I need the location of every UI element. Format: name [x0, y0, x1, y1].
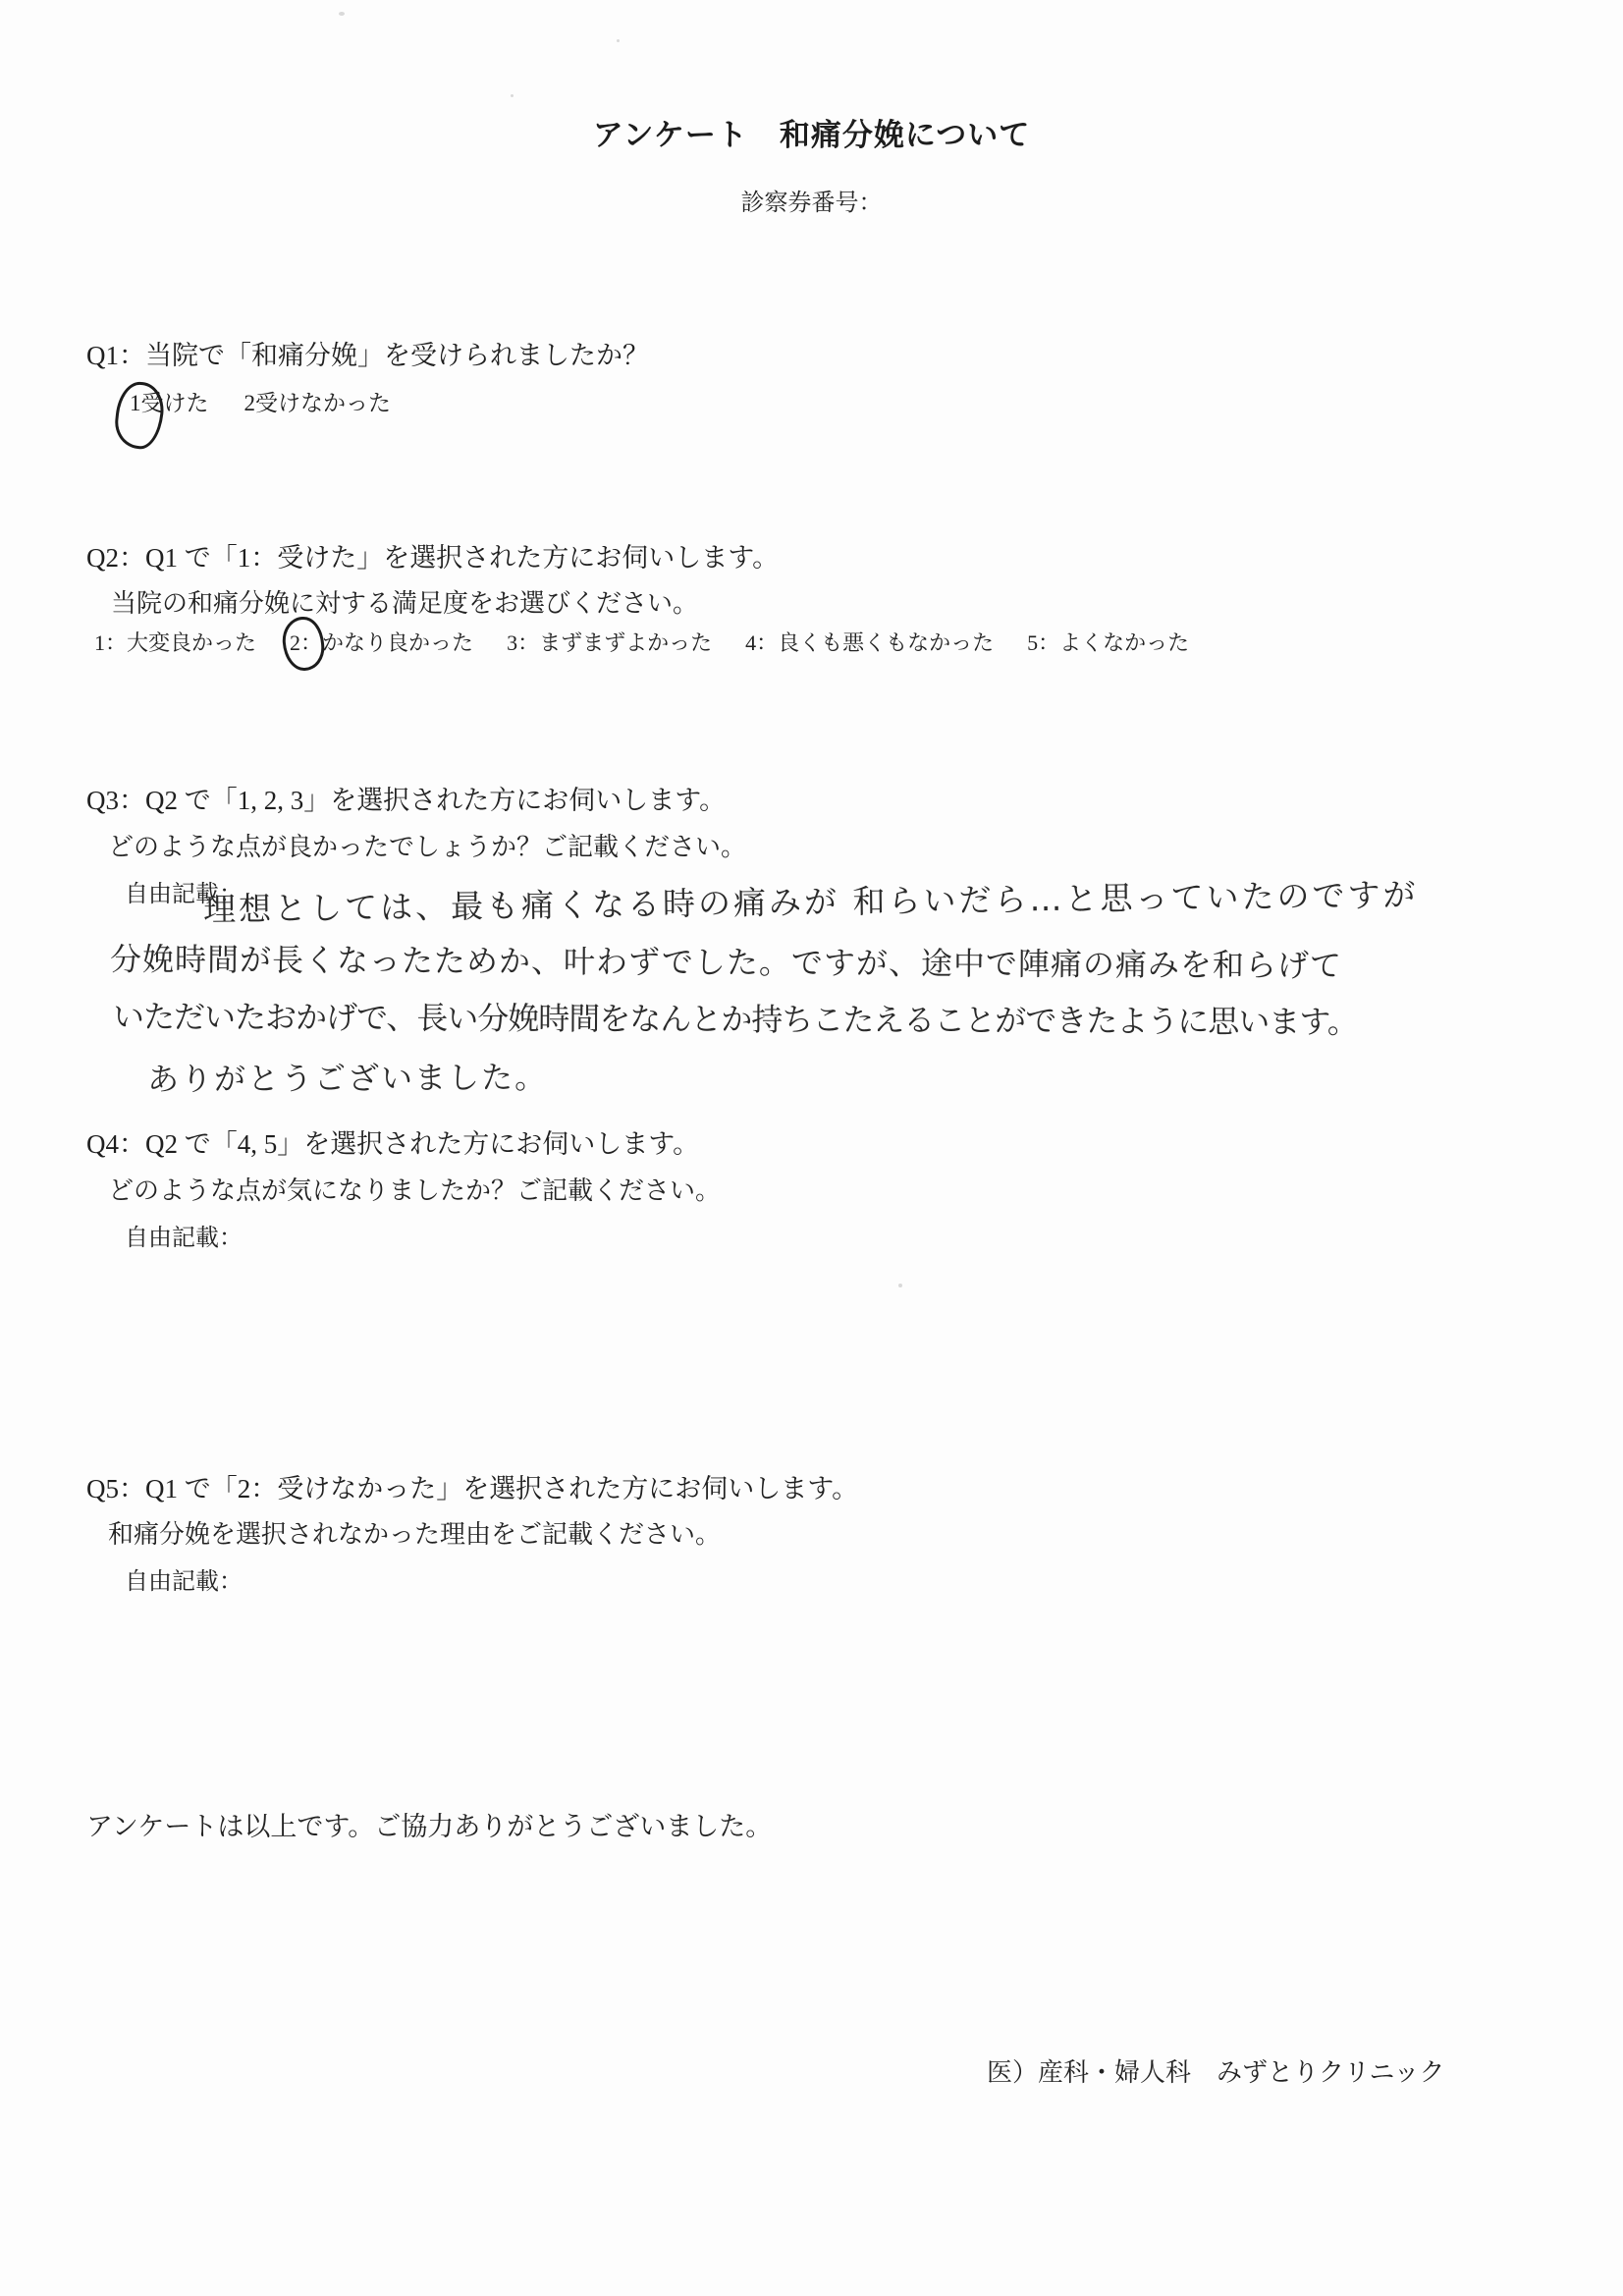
q2-option-label: まずまずよかった — [539, 627, 712, 657]
clinic-name: 医）産科・婦人科 みずとりクリニック — [987, 2052, 1444, 2089]
q2-option-3: 3：まずまずよかった — [507, 627, 712, 657]
q3-prompt: Q3：Q2 で「1, 2, 3」を選択された方にお伺いします。 — [86, 779, 726, 817]
q1-option-num: 2 — [244, 391, 256, 416]
q4-free-entry-label: 自由記載： — [125, 1218, 243, 1252]
q2-option-label: かなり良かった — [322, 627, 473, 657]
q1-option-label: 受けなかった — [255, 385, 391, 417]
scan-artifact — [617, 39, 620, 42]
closing-text: アンケートは以上です。ご協力ありがとうございました。 — [86, 1805, 772, 1843]
q2-option-label: 大変良かった — [127, 627, 256, 657]
scanned-survey-document: アンケート 和痛分娩について 診察券番号： Q1：当院で「和痛分娩」を受けられま… — [0, 0, 1623, 2296]
q1-option-not-received: 2受けなかった — [244, 385, 392, 417]
q2-option-num: 1： — [94, 627, 127, 657]
q5-free-entry-label: 自由記載： — [125, 1561, 243, 1596]
scan-artifact — [511, 94, 514, 97]
q2-option-4: 4：良くも悪くもなかった — [745, 627, 994, 657]
scan-artifact — [898, 1284, 902, 1287]
q2-option-num: 3： — [507, 627, 539, 657]
q5-instruction: 和痛分娩を選択されなかった理由をご記載ください。 — [108, 1514, 721, 1551]
q1-options: 1受けた 2受けなかった — [130, 385, 391, 417]
q3-handwritten-line-1: 理想としては、最も痛くなる時の痛みが 和らいだら…と思っていたのですが — [203, 869, 1419, 930]
q2-option-num: 4： — [745, 627, 778, 657]
q2-option-1: 1：大変良かった — [94, 627, 256, 657]
q2-option-2: 2：かなり良かった — [290, 627, 473, 657]
q2-option-5: 5：よくなかった — [1027, 627, 1189, 657]
document-title: アンケート 和痛分娩について — [0, 110, 1623, 154]
q3-instruction: どのような点が良かったでしょうか？ご記載ください。 — [108, 827, 746, 863]
q2-option-label: よくなかった — [1059, 627, 1189, 657]
q3-handwritten-line-4: ありがとうございました。 — [147, 1053, 548, 1100]
q3-handwritten-line-2: 分娩時間が長くなったためか、叶わずでした。ですが、途中で陣痛の痛みを和らげて — [110, 935, 1342, 987]
q1-prompt: Q1：当院で「和痛分娩」を受けられましたか？ — [86, 334, 649, 372]
q2-prompt: Q2：Q1 で「1：受けた」を選択された方にお伺いします。 — [86, 536, 779, 574]
handdrawn-circle-mark: 1 — [130, 391, 141, 416]
q4-instruction: どのような点が気になりましたか？ご記載ください。 — [108, 1171, 721, 1207]
q2-option-num: 5： — [1027, 627, 1059, 657]
scan-artifact — [339, 12, 345, 16]
q3-handwritten-line-3: いただいたおかげで、長い分娩時間をなんとか持ちこたえることができたように思います… — [113, 992, 1358, 1043]
q1-option-received: 1受けた — [130, 385, 209, 417]
q2-options: 1：大変良かった 2：かなり良かった 3：まずまずよかった 4：良くも悪くもなか… — [94, 627, 1189, 657]
q5-prompt: Q5：Q1 で「2：受けなかった」を選択された方にお伺いします。 — [86, 1467, 858, 1505]
q2-option-label: 良くも悪くもなかった — [778, 627, 994, 657]
q4-prompt: Q4：Q2 で「4, 5」を選択された方にお伺いします。 — [86, 1122, 699, 1161]
card-number-label: 診察券番号： — [0, 183, 1623, 217]
q2-instruction: 当院の和痛分娩に対する満足度をお選びください。 — [111, 583, 698, 620]
handdrawn-circle-mark: 2： — [290, 627, 322, 657]
